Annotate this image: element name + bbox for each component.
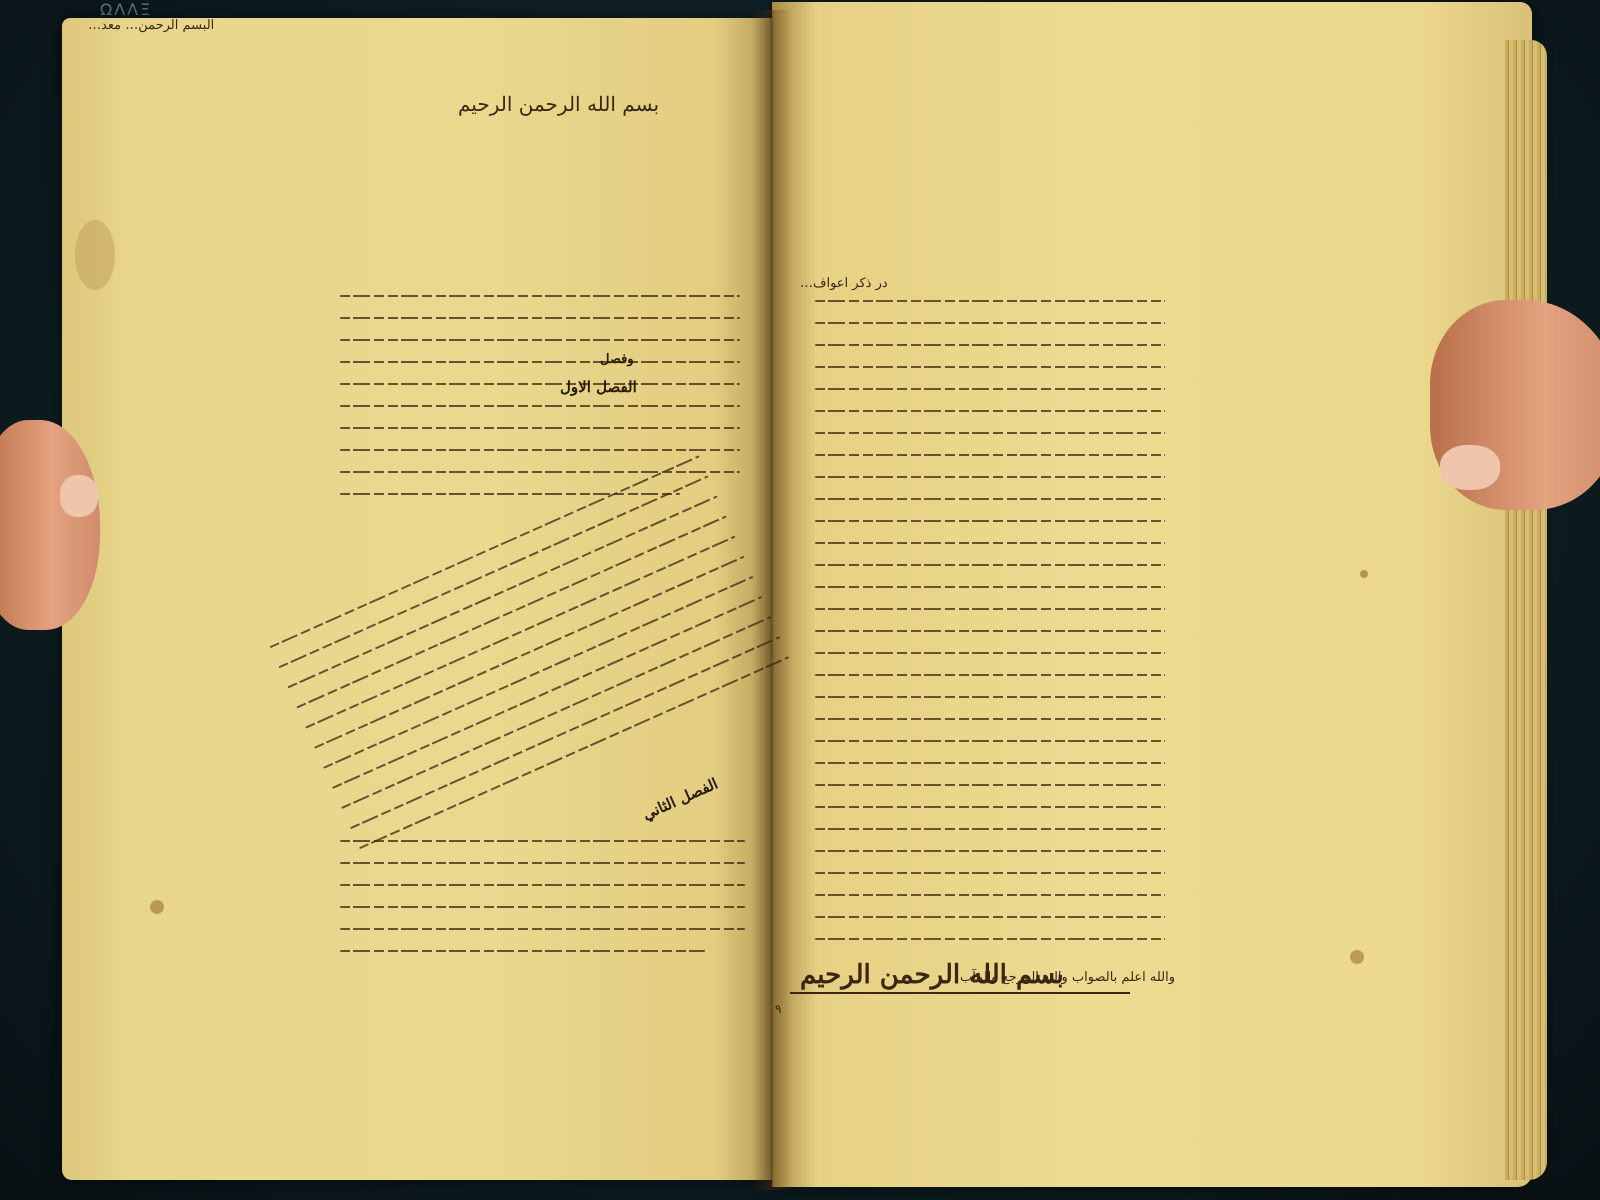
right-page-bismillah: بسم الله الرحمن الرحيم <box>800 960 1064 990</box>
paper-stain <box>75 220 115 290</box>
right-page-text <box>815 300 1165 940</box>
paper-spot <box>150 900 164 914</box>
left-page-text-bottom <box>340 840 745 970</box>
right-margin-note: در ذكر اعواف… <box>800 276 888 291</box>
section-keyword: وفصل <box>600 352 634 367</box>
paper-spot <box>1350 950 1364 964</box>
paper-spot <box>1360 570 1368 578</box>
right-thumbnail <box>1440 445 1500 490</box>
section-heading-first: الفصل الاول <box>560 378 637 396</box>
page-mark: ٩ <box>775 1002 781 1016</box>
page-edges <box>1505 40 1547 1180</box>
left-thumbnail <box>60 475 98 517</box>
label-tab-text: ΩΛΛΞ <box>100 0 152 19</box>
bismillah-underline <box>790 992 1130 994</box>
left-page-heading: بسم الله الرحمن الرحيم <box>458 92 659 116</box>
top-margin-note: البسم الرحمن… معد… <box>88 18 214 33</box>
